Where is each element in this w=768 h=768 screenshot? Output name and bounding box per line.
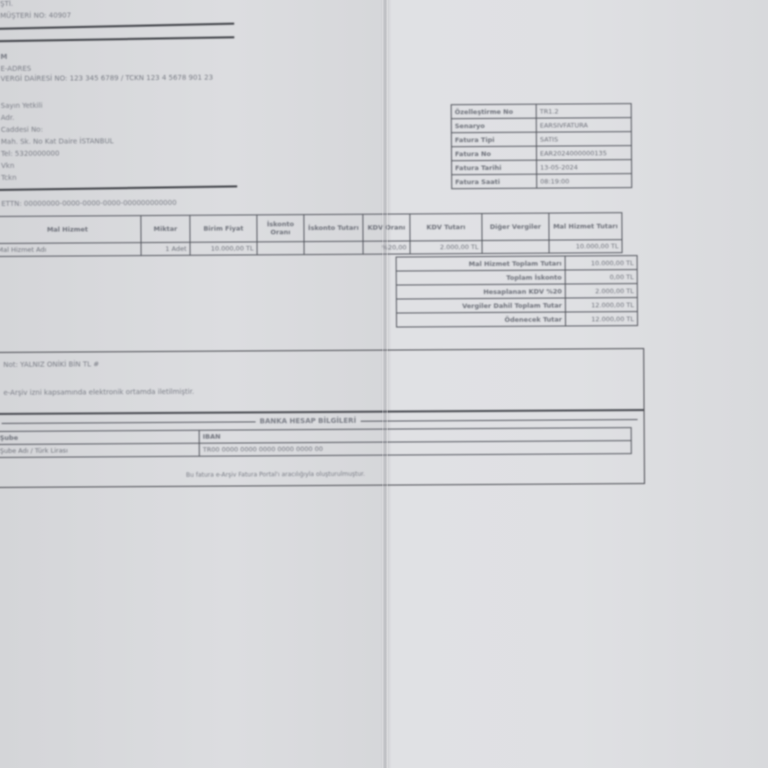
items-header-row: Mal Hizmet Miktar Birim Fiyat İskonto Or… — [0, 213, 622, 244]
info-value: SATIS — [536, 132, 631, 147]
info-row: SenaryoEARSIVFATURA — [451, 118, 631, 133]
total-value: 12.000,00 TL — [565, 312, 637, 326]
col-header: Mal Hizmet — [0, 216, 141, 244]
total-row: Ödenecek Tutar12.000,00 TL — [396, 312, 637, 327]
seller-name: ŞTİ. — [0, 0, 13, 8]
seller-tax-line: VERGİ DAİRESİ NO: 123 345 6789 / TCKN 12… — [0, 74, 213, 83]
total-value: 0,00 TL — [565, 270, 637, 284]
buyer-line: Adr. — [1, 114, 15, 122]
table-row: Şube Adı / Türk Lirası TR00 0000 0000 00… — [0, 441, 631, 458]
col-header: Birim Fiyat — [190, 215, 257, 242]
col-header: Miktar — [141, 215, 190, 242]
buyer-tckn: Tckn — [1, 174, 16, 182]
table-row: Mal Hizmet Adı 1 Adet 10.000,00 TL %20,0… — [0, 240, 622, 257]
total-row: Vergiler Dahil Toplam Tutar12.000,00 TL — [396, 298, 637, 313]
info-row: Fatura TipiSATIS — [451, 132, 631, 147]
bank-iban: TR00 0000 0000 0000 0000 0000 00 — [199, 441, 631, 457]
info-value: 08:19:00 — [537, 174, 632, 189]
cell: 1 Adet — [141, 242, 190, 255]
info-value: 13-05-2024 — [537, 160, 632, 175]
total-label: Toplam İskonto — [396, 270, 565, 285]
seller-address-line: M — [0, 53, 7, 61]
paper-fold — [382, 0, 388, 768]
total-value: 10.000,00 TL — [565, 256, 637, 270]
divider-line — [0, 36, 234, 42]
bank-title: BANKA HESAP BİLGİLERİ — [256, 417, 361, 426]
ettn-line: ETTN: 00000000-0000-0000-0000-0000000000… — [1, 199, 176, 208]
info-value: EARSIVFATURA — [536, 118, 631, 133]
invoice-page: ŞTİ. MÜŞTERİ NO: 40907 M E-ADRES VERGİ D… — [0, 0, 655, 514]
info-note-line: e-Arşiv izni kapsamında elektronik ortam… — [3, 388, 194, 397]
notes-box: Not: YALNIZ ONİKİ BİN TL # e-Arşiv izni … — [0, 348, 645, 414]
cell: 10.000,00 TL — [190, 242, 257, 255]
total-row: Toplam İskonto0,00 TL — [396, 270, 637, 285]
total-row: Hesaplanan KDV %202.000,00 TL — [396, 284, 637, 299]
bank-branch: Şube Adı / Türk Lirası — [0, 443, 199, 457]
cell — [482, 240, 549, 253]
total-label: Mal Hizmet Toplam Tutarı — [396, 256, 565, 271]
cell: 2.000,00 TL — [410, 241, 482, 254]
col-header: İskonto Tutarı — [304, 214, 363, 241]
info-label: Senaryo — [451, 118, 536, 133]
seller-customer-no: MÜŞTERİ NO: 40907 — [0, 12, 71, 20]
bank-box: BANKA HESAP BİLGİLERİ Şube IBAN Şube Adı… — [0, 410, 645, 488]
invoice-info-table: Özelleştirme NoTR1.2 SenaryoEARSIVFATURA… — [451, 103, 633, 189]
info-label: Fatura Tipi — [451, 132, 536, 147]
info-row: Fatura Saati08:19:00 — [452, 174, 632, 189]
total-label: Vergiler Dahil Toplam Tutar — [396, 298, 565, 313]
divider-line — [0, 185, 237, 191]
total-value: 2.000,00 TL — [565, 284, 637, 298]
total-row: Mal Hizmet Toplam Tutarı10.000,00 TL — [396, 256, 637, 271]
info-value: EAR2024000000135 — [536, 146, 631, 161]
cell: 10.000,00 TL — [549, 240, 622, 253]
info-label: Fatura Tarihi — [452, 160, 537, 175]
note-line: Not: YALNIZ ONİKİ BİN TL # — [3, 360, 99, 369]
cell — [304, 241, 363, 254]
bank-footer: Bu fatura e-Arşiv Fatura Portal'ı aracıl… — [186, 471, 365, 479]
info-row: Fatura Tarihi13-05-2024 — [452, 160, 632, 175]
info-label: Fatura Saati — [452, 174, 537, 189]
info-label: Özelleştirme No — [451, 104, 536, 119]
buyer-vkn: Vkn — [1, 162, 14, 170]
total-value: 12.000,00 TL — [565, 298, 637, 312]
info-label: Fatura No — [451, 146, 536, 161]
col-header: Diğer Vergiler — [482, 213, 549, 240]
bank-table: Şube IBAN Şube Adı / Türk Lirası TR00 00… — [0, 427, 632, 458]
info-row: Özelleştirme NoTR1.2 — [451, 104, 631, 119]
items-table: Mal Hizmet Miktar Birim Fiyat İskonto Or… — [0, 212, 623, 257]
info-row: Fatura NoEAR2024000000135 — [451, 146, 631, 161]
buyer-address: Mah. Sk. No Kat Daire İSTANBUL — [1, 137, 114, 146]
buyer-line: Caddesi No: — [1, 126, 43, 134]
col-header: KDV Tutarı — [410, 214, 482, 241]
buyer-phone: Tel: 5320000000 — [1, 150, 60, 158]
cell: Mal Hizmet Adı — [0, 243, 141, 257]
totals-table: Mal Hizmet Toplam Tutarı10.000,00 TL Top… — [396, 255, 638, 327]
bank-col-header: Şube — [0, 430, 199, 444]
divider-line — [0, 23, 234, 30]
total-label: Ödenecek Tutar — [396, 312, 565, 327]
seller-email-line: E-ADRES — [0, 65, 31, 73]
total-label: Hesaplanan KDV %20 — [396, 284, 565, 299]
col-header: Mal Hizmet Tutarı — [549, 213, 622, 240]
col-header: İskonto Oranı — [257, 215, 304, 242]
info-value: TR1.2 — [536, 104, 631, 119]
buyer-name: Sayın Yetkili — [1, 102, 43, 110]
cell — [257, 242, 304, 255]
